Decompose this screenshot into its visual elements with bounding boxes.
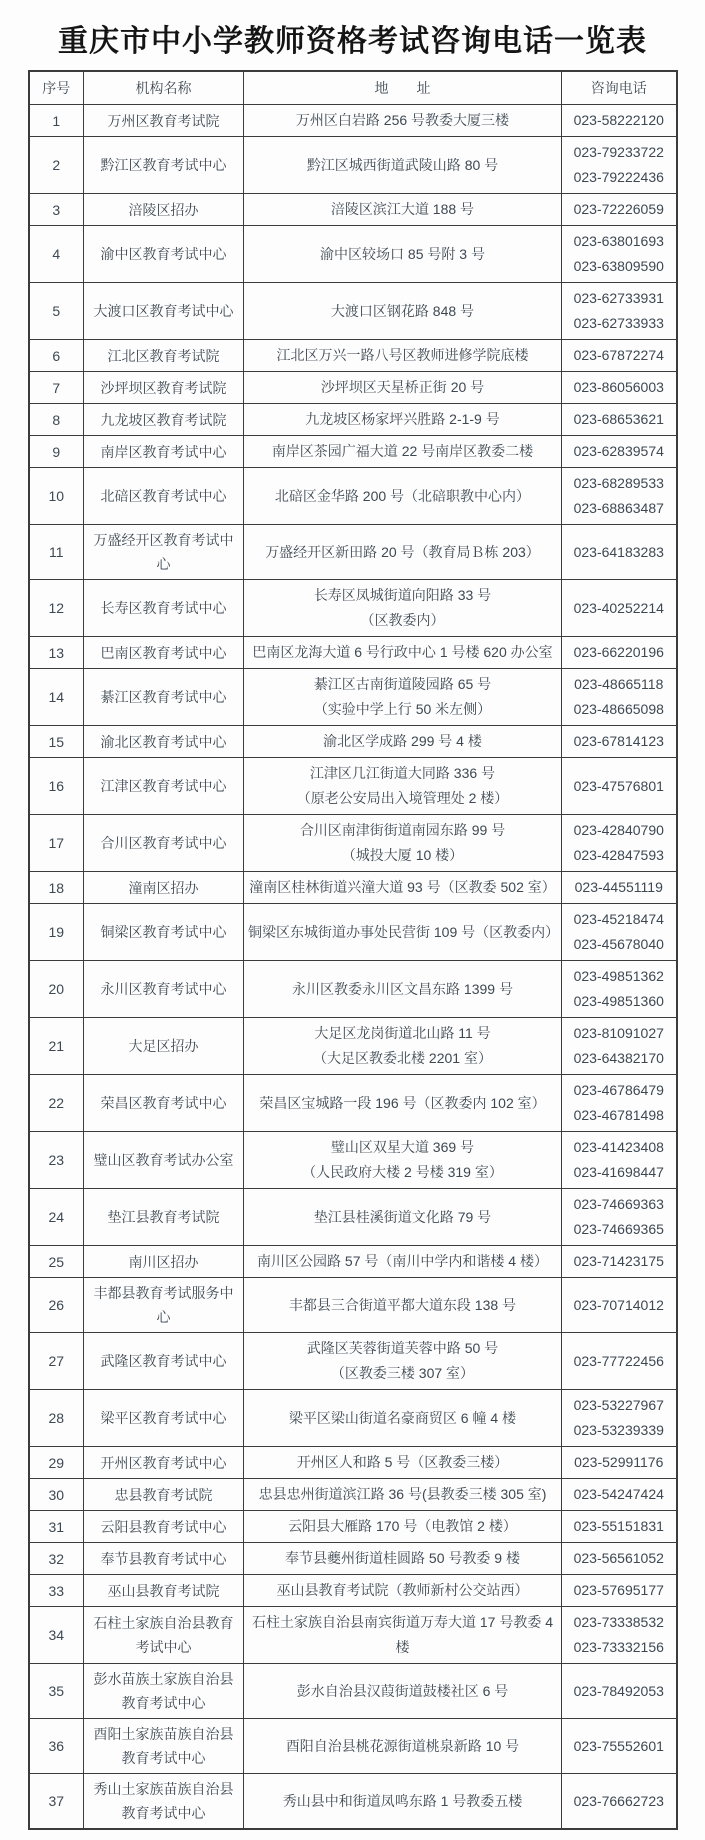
phone-number: 023-49851360 (566, 989, 672, 1014)
cell-phone: 023-64183283 (562, 525, 677, 580)
col-header-address: 地 址 (244, 71, 562, 105)
phone-number: 023-62733931 (566, 286, 672, 311)
address-line: 涪陵区滨江大道 188 号 (248, 197, 557, 222)
phone-number: 023-41698447 (566, 1160, 672, 1185)
cell-address: 酉阳自治县桃花源街道桃泉新路 10 号 (244, 1719, 562, 1774)
cell-index: 11 (29, 525, 84, 580)
institution-name-text: 江北区教育考试院 (88, 344, 239, 368)
table-row: 5大渡口区教育考试中心大渡口区钢花路 848 号023-62733931023-… (29, 283, 677, 340)
cell-institution-name: 武隆区教育考试中心 (84, 1333, 244, 1390)
cell-phone: 023-48665118023-48665098 (562, 669, 677, 726)
cell-address: 巫山县教育考试院（教师新村公交站西） (244, 1575, 562, 1607)
cell-index: 22 (29, 1075, 84, 1132)
cell-address: 铜梁区东城街道办事处民营街 109 号（区教委内） (244, 904, 562, 961)
cell-index: 5 (29, 283, 84, 340)
address-line: 渝中区较场口 85 号附 3 号 (248, 242, 557, 267)
cell-institution-name: 万盛经开区教育考试中心 (84, 525, 244, 580)
phone-number: 023-73332156 (566, 1635, 672, 1660)
table-row: 29开州区教育考试中心开州区人和路 5 号（区教委三楼）023-52991176 (29, 1447, 677, 1479)
table-row: 26丰都县教育考试服务中心丰都县三合街道平都大道东段 138 号023-7071… (29, 1278, 677, 1333)
table-row: 31云阳县教育考试中心云阳县大雁路 170 号（电教馆 2 楼）023-5515… (29, 1511, 677, 1543)
cell-index: 30 (29, 1479, 84, 1511)
cell-address: 忠县忠州街道滨江路 36 号(县教委三楼 305 室) (244, 1479, 562, 1511)
cell-address: 秀山县中和街道凤鸣东路 1 号教委五楼 (244, 1774, 562, 1830)
cell-address: 石柱土家族自治县南宾街道万寿大道 17 号教委 4 楼 (244, 1607, 562, 1664)
phone-number: 023-48665098 (566, 697, 672, 722)
cell-index: 19 (29, 904, 84, 961)
cell-institution-name: 渝北区教育考试中心 (84, 726, 244, 758)
cell-address: 潼南区桂林街道兴潼大道 93 号（区教委 502 室） (244, 872, 562, 904)
cell-index: 33 (29, 1575, 84, 1607)
cell-phone: 023-66220196 (562, 637, 677, 669)
cell-phone: 023-73338532023-73332156 (562, 1607, 677, 1664)
cell-phone: 023-54247424 (562, 1479, 677, 1511)
institution-name-text: 南川区招办 (88, 1250, 239, 1274)
cell-phone: 023-45218474023-45678040 (562, 904, 677, 961)
cell-phone: 023-71423175 (562, 1246, 677, 1278)
table-row: 18潼南区招办潼南区桂林街道兴潼大道 93 号（区教委 502 室）023-44… (29, 872, 677, 904)
address-line: 万盛经开区新田路 20 号（教育局Ｂ栋 203） (248, 540, 557, 565)
cell-index: 35 (29, 1664, 84, 1719)
address-line: 长寿区凤城街道向阳路 33 号 (248, 583, 557, 608)
cell-index: 12 (29, 580, 84, 637)
cell-address: 长寿区凤城街道向阳路 33 号（区教委内） (244, 580, 562, 637)
cell-address: 云阳县大雁路 170 号（电教馆 2 楼） (244, 1511, 562, 1543)
institution-name-text: 巴南区教育考试中心 (88, 641, 239, 665)
cell-address: 万盛经开区新田路 20 号（教育局Ｂ栋 203） (244, 525, 562, 580)
address-line: （原老公安局出入境管理处 2 楼） (248, 786, 557, 811)
table-row: 23璧山区教育考试办公室璧山区双星大道 369 号（人民政府大楼 2 号楼 31… (29, 1132, 677, 1189)
cell-institution-name: 璧山区教育考试办公室 (84, 1132, 244, 1189)
institution-name-text: 奉节县教育考试中心 (88, 1547, 239, 1571)
cell-phone: 023-72226059 (562, 194, 677, 226)
cell-index: 2 (29, 137, 84, 194)
address-line: 永川区教委永川区文昌东路 1399 号 (248, 977, 557, 1002)
cell-institution-name: 北碚区教育考试中心 (84, 468, 244, 525)
phone-number: 023-64183283 (566, 540, 672, 565)
phone-number: 023-76662723 (566, 1789, 672, 1814)
phone-number: 023-63809590 (566, 254, 672, 279)
cell-institution-name: 合川区教育考试中心 (84, 815, 244, 872)
cell-index: 28 (29, 1390, 84, 1447)
cell-institution-name: 巴南区教育考试中心 (84, 637, 244, 669)
table-row: 20永川区教育考试中心永川区教委永川区文昌东路 1399 号023-498513… (29, 961, 677, 1018)
cell-institution-name: 潼南区招办 (84, 872, 244, 904)
cell-institution-name: 大足区招办 (84, 1018, 244, 1075)
table-row: 28梁平区教育考试中心梁平区梁山街道名豪商贸区 6 幢 4 楼023-53227… (29, 1390, 677, 1447)
cell-phone: 023-58222120 (562, 105, 677, 137)
institution-name-text: 潼南区招办 (88, 876, 239, 900)
phone-number: 023-77722456 (566, 1349, 672, 1374)
cell-institution-name: 南川区招办 (84, 1246, 244, 1278)
cell-address: 武隆区芙蓉街道芙蓉中路 50 号（区教委三楼 307 室） (244, 1333, 562, 1390)
cell-address: 垫江县桂溪街道文化路 79 号 (244, 1189, 562, 1246)
address-line: 潼南区桂林街道兴潼大道 93 号（区教委 502 室） (248, 875, 557, 900)
phone-number: 023-62839574 (566, 439, 672, 464)
institution-name-text: 永川区教育考试中心 (88, 977, 239, 1001)
phone-number: 023-68289533 (566, 471, 672, 496)
address-line: （区教委内） (248, 608, 557, 633)
cell-phone: 023-62839574 (562, 436, 677, 468)
phone-number: 023-64382170 (566, 1046, 672, 1071)
cell-institution-name: 荣昌区教育考试中心 (84, 1075, 244, 1132)
address-line: 彭水自治县汉葭街道鼓楼社区 6 号 (248, 1679, 557, 1704)
cell-index: 37 (29, 1774, 84, 1830)
address-line: 梁平区梁山街道名豪商贸区 6 幢 4 楼 (248, 1406, 557, 1431)
cell-phone: 023-53227967023-53239339 (562, 1390, 677, 1447)
phone-number: 023-75552601 (566, 1734, 672, 1759)
cell-phone: 023-47576801 (562, 758, 677, 815)
cell-institution-name: 巫山县教育考试院 (84, 1575, 244, 1607)
phone-directory-table: 序号 机构名称 地 址 咨询电话 1万州区教育考试院万州区白岩路 256 号教委… (28, 70, 678, 1830)
cell-address: 开州区人和路 5 号（区教委三楼） (244, 1447, 562, 1479)
cell-index: 17 (29, 815, 84, 872)
cell-index: 3 (29, 194, 84, 226)
cell-address: 巴南区龙海大道 6 号行政中心 1 号楼 620 办公室 (244, 637, 562, 669)
institution-name-text: 渝中区教育考试中心 (88, 242, 239, 266)
phone-number: 023-48665118 (566, 672, 672, 697)
cell-institution-name: 万州区教育考试院 (84, 105, 244, 137)
cell-index: 26 (29, 1278, 84, 1333)
table-row: 15渝北区教育考试中心渝北区学成路 299 号 4 楼023-67814123 (29, 726, 677, 758)
cell-institution-name: 丰都县教育考试服务中心 (84, 1278, 244, 1333)
table-row: 10北碚区教育考试中心北碚区金华路 200 号（北碚职教中心内）023-6828… (29, 468, 677, 525)
table-row: 14綦江区教育考试中心綦江区古南街道陵园路 65 号（实验中学上行 50 米左侧… (29, 669, 677, 726)
address-line: 巴南区龙海大道 6 号行政中心 1 号楼 620 办公室 (248, 640, 557, 665)
address-line: （人民政府大楼 2 号楼 319 室） (248, 1160, 557, 1185)
cell-index: 31 (29, 1511, 84, 1543)
cell-address: 渝北区学成路 299 号 4 楼 (244, 726, 562, 758)
cell-address: 九龙坡区杨家坪兴胜路 2-1-9 号 (244, 404, 562, 436)
cell-index: 21 (29, 1018, 84, 1075)
table-header-row: 序号 机构名称 地 址 咨询电话 (29, 71, 677, 105)
phone-number: 023-53239339 (566, 1418, 672, 1443)
table-row: 25南川区招办南川区公园路 57 号（南川中学内和谐楼 4 楼）023-7142… (29, 1246, 677, 1278)
cell-institution-name: 开州区教育考试中心 (84, 1447, 244, 1479)
cell-phone: 023-70714012 (562, 1278, 677, 1333)
col-header-index: 序号 (29, 71, 84, 105)
cell-institution-name: 黔江区教育考试中心 (84, 137, 244, 194)
institution-name-text: 黔江区教育考试中心 (88, 153, 239, 177)
table-row: 4渝中区教育考试中心渝中区较场口 85 号附 3 号023-6380169302… (29, 226, 677, 283)
cell-index: 25 (29, 1246, 84, 1278)
cell-institution-name: 梁平区教育考试中心 (84, 1390, 244, 1447)
address-line: 武隆区芙蓉街道芙蓉中路 50 号 (248, 1336, 557, 1361)
address-line: 南川区公园路 57 号（南川中学内和谐楼 4 楼） (248, 1249, 557, 1274)
table-row: 22荣昌区教育考试中心荣昌区宝城路一段 196 号（区教委内 102 室）023… (29, 1075, 677, 1132)
cell-address: 黔江区城西街道武陵山路 80 号 (244, 137, 562, 194)
cell-address: 南川区公园路 57 号（南川中学内和谐楼 4 楼） (244, 1246, 562, 1278)
phone-number: 023-79233722 (566, 140, 672, 165)
table-body: 1万州区教育考试院万州区白岩路 256 号教委大厦三楼023-582221202… (29, 105, 677, 1830)
phone-number: 023-55151831 (566, 1514, 672, 1539)
phone-number: 023-47576801 (566, 774, 672, 799)
cell-address: 璧山区双星大道 369 号（人民政府大楼 2 号楼 319 室） (244, 1132, 562, 1189)
cell-phone: 023-42840790023-42847593 (562, 815, 677, 872)
cell-phone: 023-57695177 (562, 1575, 677, 1607)
table-row: 37秀山土家族苗族自治县教育考试中心秀山县中和街道凤鸣东路 1 号教委五楼023… (29, 1774, 677, 1830)
institution-name-text: 梁平区教育考试中心 (88, 1406, 239, 1430)
phone-number: 023-53227967 (566, 1393, 672, 1418)
cell-address: 万州区白岩路 256 号教委大厦三楼 (244, 105, 562, 137)
cell-index: 16 (29, 758, 84, 815)
cell-index: 36 (29, 1719, 84, 1774)
cell-institution-name: 永川区教育考试中心 (84, 961, 244, 1018)
cell-phone: 023-86056003 (562, 372, 677, 404)
phone-number: 023-70714012 (566, 1293, 672, 1318)
address-line: 酉阳自治县桃花源街道桃泉新路 10 号 (248, 1734, 557, 1759)
cell-phone: 023-55151831 (562, 1511, 677, 1543)
cell-institution-name: 江北区教育考试院 (84, 340, 244, 372)
address-line: 开州区人和路 5 号（区教委三楼） (248, 1450, 557, 1475)
institution-name-text: 九龙坡区教育考试院 (88, 408, 239, 432)
cell-phone: 023-41423408023-41698447 (562, 1132, 677, 1189)
address-line: 璧山区双星大道 369 号 (248, 1135, 557, 1160)
cell-address: 沙坪坝区天星桥正街 20 号 (244, 372, 562, 404)
institution-name-text: 沙坪坝区教育考试院 (88, 376, 239, 400)
address-line: 渝北区学成路 299 号 4 楼 (248, 729, 557, 754)
table-row: 2黔江区教育考试中心黔江区城西街道武陵山路 80 号023-7923372202… (29, 137, 677, 194)
phone-number: 023-40252214 (566, 596, 672, 621)
institution-name-text: 开州区教育考试中心 (88, 1451, 239, 1475)
cell-phone: 023-75552601 (562, 1719, 677, 1774)
address-line: 万州区白岩路 256 号教委大厦三楼 (248, 108, 557, 133)
table-row: 1万州区教育考试院万州区白岩路 256 号教委大厦三楼023-58222120 (29, 105, 677, 137)
institution-name-text: 南岸区教育考试中心 (88, 440, 239, 464)
table-row: 33巫山县教育考试院巫山县教育考试院（教师新村公交站西）023-57695177 (29, 1575, 677, 1607)
cell-institution-name: 垫江县教育考试院 (84, 1189, 244, 1246)
phone-number: 023-74669365 (566, 1217, 672, 1242)
cell-index: 6 (29, 340, 84, 372)
col-header-phone: 咨询电话 (562, 71, 677, 105)
cell-phone: 023-77722456 (562, 1333, 677, 1390)
table-row: 24垫江县教育考试院垫江县桂溪街道文化路 79 号023-74669363023… (29, 1189, 677, 1246)
cell-institution-name: 长寿区教育考试中心 (84, 580, 244, 637)
cell-index: 23 (29, 1132, 84, 1189)
cell-institution-name: 綦江区教育考试中心 (84, 669, 244, 726)
cell-phone: 023-81091027023-64382170 (562, 1018, 677, 1075)
phone-number: 023-63801693 (566, 229, 672, 254)
table-row: 34石柱土家族自治县教育考试中心石柱土家族自治县南宾街道万寿大道 17 号教委 … (29, 1607, 677, 1664)
address-line: （城投大厦 10 楼） (248, 843, 557, 868)
cell-address: 永川区教委永川区文昌东路 1399 号 (244, 961, 562, 1018)
cell-phone: 023-40252214 (562, 580, 677, 637)
address-line: 石柱土家族自治县南宾街道万寿大道 17 号教委 4 楼 (248, 1610, 557, 1660)
cell-index: 27 (29, 1333, 84, 1390)
cell-institution-name: 九龙坡区教育考试院 (84, 404, 244, 436)
phone-number: 023-67872274 (566, 343, 672, 368)
cell-phone: 023-49851362023-49851360 (562, 961, 677, 1018)
cell-institution-name: 秀山土家族苗族自治县教育考试中心 (84, 1774, 244, 1830)
phone-number: 023-45678040 (566, 932, 672, 957)
table-row: 35彭水苗族土家族自治县教育考试中心彭水自治县汉葭街道鼓楼社区 6 号023-7… (29, 1664, 677, 1719)
table-row: 11万盛经开区教育考试中心万盛经开区新田路 20 号（教育局Ｂ栋 203）023… (29, 525, 677, 580)
table-row: 36酉阳土家族苗族自治县教育考试中心酉阳自治县桃花源街道桃泉新路 10 号023… (29, 1719, 677, 1774)
cell-phone: 023-76662723 (562, 1774, 677, 1830)
address-line: （区教委三楼 307 室） (248, 1361, 557, 1386)
institution-name-text: 大足区招办 (88, 1034, 239, 1058)
institution-name-text: 石柱土家族自治县教育考试中心 (88, 1611, 239, 1659)
cell-institution-name: 大渡口区教育考试中心 (84, 283, 244, 340)
address-line: 綦江区古南街道陵园路 65 号 (248, 672, 557, 697)
cell-phone: 023-68653621 (562, 404, 677, 436)
institution-name-text: 綦江区教育考试中心 (88, 685, 239, 709)
phone-number: 023-42840790 (566, 818, 672, 843)
address-line: 奉节县夔州街道桂圆路 50 号教委 9 楼 (248, 1546, 557, 1571)
cell-institution-name: 涪陵区招办 (84, 194, 244, 226)
cell-index: 20 (29, 961, 84, 1018)
cell-index: 9 (29, 436, 84, 468)
cell-institution-name: 沙坪坝区教育考试院 (84, 372, 244, 404)
phone-number: 023-46781498 (566, 1103, 672, 1128)
institution-name-text: 武隆区教育考试中心 (88, 1349, 239, 1373)
phone-number: 023-72226059 (566, 197, 672, 222)
cell-index: 4 (29, 226, 84, 283)
table-row: 8九龙坡区教育考试院九龙坡区杨家坪兴胜路 2-1-9 号023-68653621 (29, 404, 677, 436)
address-line: 黔江区城西街道武陵山路 80 号 (248, 153, 557, 178)
address-line: 云阳县大雁路 170 号（电教馆 2 楼） (248, 1514, 557, 1539)
cell-index: 15 (29, 726, 84, 758)
cell-index: 10 (29, 468, 84, 525)
phone-number: 023-66220196 (566, 640, 672, 665)
table-row: 27武隆区教育考试中心武隆区芙蓉街道芙蓉中路 50 号（区教委三楼 307 室）… (29, 1333, 677, 1390)
cell-institution-name: 云阳县教育考试中心 (84, 1511, 244, 1543)
cell-address: 江北区万兴一路八号区教师进修学院底楼 (244, 340, 562, 372)
address-line: 巫山县教育考试院（教师新村公交站西） (248, 1578, 557, 1603)
phone-number: 023-49851362 (566, 964, 672, 989)
address-line: 垫江县桂溪街道文化路 79 号 (248, 1205, 557, 1230)
address-line: 大渡口区钢花路 848 号 (248, 299, 557, 324)
cell-index: 34 (29, 1607, 84, 1664)
cell-institution-name: 南岸区教育考试中心 (84, 436, 244, 468)
address-line: 江北区万兴一路八号区教师进修学院底楼 (248, 343, 557, 368)
table-row: 19铜梁区教育考试中心铜梁区东城街道办事处民营街 109 号（区教委内）023-… (29, 904, 677, 961)
cell-address: 彭水自治县汉葭街道鼓楼社区 6 号 (244, 1664, 562, 1719)
cell-institution-name: 铜梁区教育考试中心 (84, 904, 244, 961)
institution-name-text: 江津区教育考试中心 (88, 774, 239, 798)
table-row: 7沙坪坝区教育考试院沙坪坝区天星桥正街 20 号023-86056003 (29, 372, 677, 404)
phone-number: 023-46786479 (566, 1078, 672, 1103)
cell-phone: 023-68289533023-68863487 (562, 468, 677, 525)
cell-index: 7 (29, 372, 84, 404)
institution-name-text: 璧山区教育考试办公室 (88, 1148, 239, 1172)
address-line: 北碚区金华路 200 号（北碚职教中心内） (248, 484, 557, 509)
cell-index: 8 (29, 404, 84, 436)
address-line: （大足区教委北楼 2201 室） (248, 1046, 557, 1071)
cell-address: 荣昌区宝城路一段 196 号（区教委内 102 室） (244, 1075, 562, 1132)
institution-name-text: 长寿区教育考试中心 (88, 596, 239, 620)
phone-number: 023-57695177 (566, 1578, 672, 1603)
table-row: 32奉节县教育考试中心奉节县夔州街道桂圆路 50 号教委 9 楼023-5656… (29, 1543, 677, 1575)
cell-address: 北碚区金华路 200 号（北碚职教中心内） (244, 468, 562, 525)
phone-number: 023-45218474 (566, 907, 672, 932)
phone-number: 023-79222436 (566, 165, 672, 190)
table-row: 16江津区教育考试中心江津区几江街道大同路 336 号（原老公安局出入境管理处 … (29, 758, 677, 815)
phone-number: 023-68653621 (566, 407, 672, 432)
institution-name-text: 云阳县教育考试中心 (88, 1515, 239, 1539)
phone-number: 023-62733933 (566, 311, 672, 336)
cell-phone: 023-78492053 (562, 1664, 677, 1719)
address-line: 秀山县中和街道凤鸣东路 1 号教委五楼 (248, 1789, 557, 1814)
cell-address: 丰都县三合街道平都大道东段 138 号 (244, 1278, 562, 1333)
table-row: 9南岸区教育考试中心南岸区茶园广福大道 22 号南岸区教委二楼023-62839… (29, 436, 677, 468)
institution-name-text: 铜梁区教育考试中心 (88, 920, 239, 944)
phone-number: 023-41423408 (566, 1135, 672, 1160)
address-line: 合川区南津街街道南园东路 99 号 (248, 818, 557, 843)
cell-address: 大足区龙岗街道北山路 11 号（大足区教委北楼 2201 室） (244, 1018, 562, 1075)
cell-institution-name: 江津区教育考试中心 (84, 758, 244, 815)
cell-institution-name: 石柱土家族自治县教育考试中心 (84, 1607, 244, 1664)
cell-institution-name: 彭水苗族土家族自治县教育考试中心 (84, 1664, 244, 1719)
table-row: 17合川区教育考试中心合川区南津街街道南园东路 99 号（城投大厦 10 楼）0… (29, 815, 677, 872)
page-title: 重庆市中小学教师资格考试咨询电话一览表 (0, 0, 705, 70)
cell-institution-name: 奉节县教育考试中心 (84, 1543, 244, 1575)
phone-number: 023-73338532 (566, 1610, 672, 1635)
institution-name-text: 荣昌区教育考试中心 (88, 1091, 239, 1115)
address-line: （实验中学上行 50 米左侧） (248, 697, 557, 722)
cell-address: 大渡口区钢花路 848 号 (244, 283, 562, 340)
institution-name-text: 巫山县教育考试院 (88, 1579, 239, 1603)
cell-phone: 023-63801693023-63809590 (562, 226, 677, 283)
phone-number: 023-74669363 (566, 1192, 672, 1217)
cell-address: 南岸区茶园广福大道 22 号南岸区教委二楼 (244, 436, 562, 468)
cell-phone: 023-62733931023-62733933 (562, 283, 677, 340)
document-page: 重庆市中小学教师资格考试咨询电话一览表 序号 机构名称 地 址 咨询电话 1万州… (0, 0, 705, 1840)
cell-index: 18 (29, 872, 84, 904)
cell-phone: 023-67872274 (562, 340, 677, 372)
cell-institution-name: 忠县教育考试院 (84, 1479, 244, 1511)
phone-number: 023-86056003 (566, 375, 672, 400)
cell-index: 14 (29, 669, 84, 726)
institution-name-text: 丰都县教育考试服务中心 (88, 1281, 239, 1329)
institution-name-text: 合川区教育考试中心 (88, 831, 239, 855)
cell-address: 奉节县夔州街道桂圆路 50 号教委 9 楼 (244, 1543, 562, 1575)
phone-number: 023-42847593 (566, 843, 672, 868)
cell-address: 涪陵区滨江大道 188 号 (244, 194, 562, 226)
address-line: 大足区龙岗街道北山路 11 号 (248, 1021, 557, 1046)
cell-phone: 023-44551119 (562, 872, 677, 904)
cell-address: 綦江区古南街道陵园路 65 号（实验中学上行 50 米左侧） (244, 669, 562, 726)
cell-address: 合川区南津街街道南园东路 99 号（城投大厦 10 楼） (244, 815, 562, 872)
phone-number: 023-56561052 (566, 1546, 672, 1571)
institution-name-text: 酉阳土家族苗族自治县教育考试中心 (88, 1722, 239, 1770)
address-line: 九龙坡区杨家坪兴胜路 2-1-9 号 (248, 407, 557, 432)
cell-phone: 023-52991176 (562, 1447, 677, 1479)
cell-index: 29 (29, 1447, 84, 1479)
institution-name-text: 忠县教育考试院 (88, 1483, 239, 1507)
institution-name-text: 彭水苗族土家族自治县教育考试中心 (88, 1667, 239, 1715)
cell-phone: 023-46786479023-46781498 (562, 1075, 677, 1132)
institution-name-text: 大渡口区教育考试中心 (88, 299, 239, 323)
phone-number: 023-81091027 (566, 1021, 672, 1046)
address-line: 丰都县三合街道平都大道东段 138 号 (248, 1293, 557, 1318)
institution-name-text: 渝北区教育考试中心 (88, 730, 239, 754)
institution-name-text: 北碚区教育考试中心 (88, 484, 239, 508)
address-line: 沙坪坝区天星桥正街 20 号 (248, 375, 557, 400)
institution-name-text: 垫江县教育考试院 (88, 1205, 239, 1229)
cell-index: 24 (29, 1189, 84, 1246)
col-header-name: 机构名称 (84, 71, 244, 105)
cell-index: 13 (29, 637, 84, 669)
cell-institution-name: 渝中区教育考试中心 (84, 226, 244, 283)
cell-institution-name: 酉阳土家族苗族自治县教育考试中心 (84, 1719, 244, 1774)
phone-number: 023-52991176 (566, 1450, 672, 1475)
table-row: 30忠县教育考试院忠县忠州街道滨江路 36 号(县教委三楼 305 室)023-… (29, 1479, 677, 1511)
institution-name-text: 秀山土家族苗族自治县教育考试中心 (88, 1777, 239, 1825)
phone-number: 023-44551119 (566, 875, 672, 900)
cell-index: 32 (29, 1543, 84, 1575)
phone-number: 023-58222120 (566, 108, 672, 133)
